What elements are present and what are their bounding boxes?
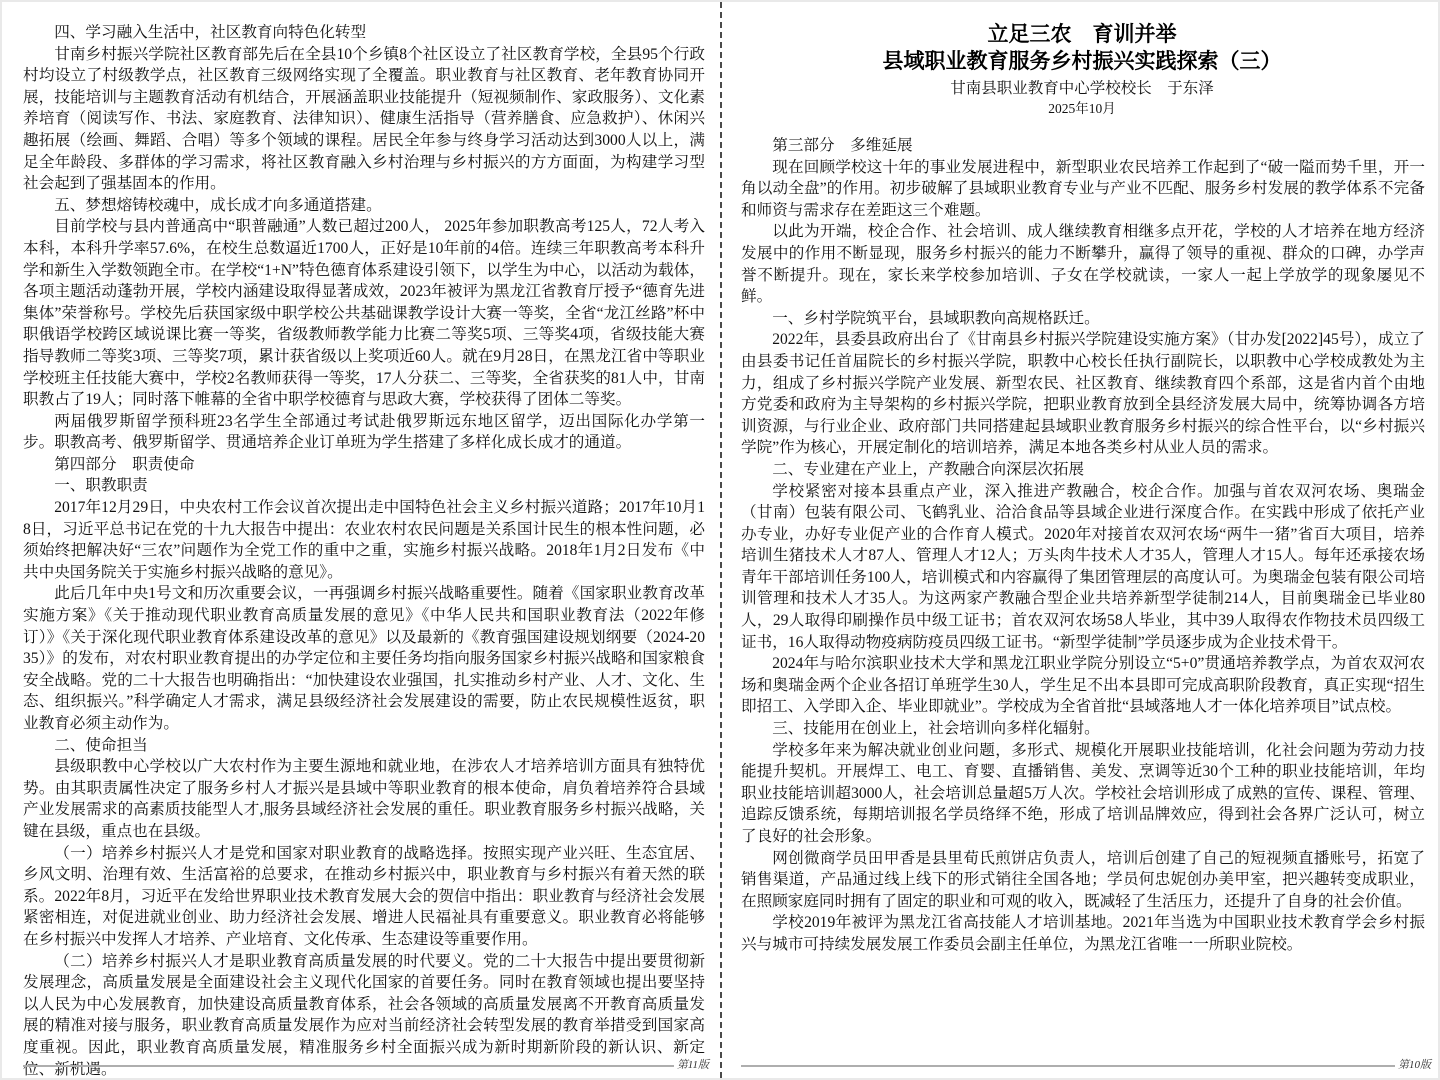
- paragraph: 学校多年来为解决就业创业问题，多形式、规模化开展职业技能培训，化社会问题为劳动力…: [741, 740, 1425, 848]
- paragraph: 网创微商学员田甲香是县里荀氏煎饼店负责人，培训后创建了自己的短视频直播账号，拓宽…: [741, 848, 1425, 913]
- left-page: 四、学习融入生活中，社区教育向特色化转型 甘南乡村振兴学院社区教育部先后在全县1…: [2, 2, 722, 1080]
- article-byline: 甘南县职业教育中心学校校长 于东泽: [722, 77, 1440, 100]
- left-page-number: 第11版: [674, 1056, 712, 1072]
- section-heading: 五、梦想熔铸校魂中，成长成才向多通道搭建。: [23, 195, 705, 217]
- paragraph: 以此为开端，校企合作、社会培训、成人继续教育相继多点开花，学校的人才培养在地方经…: [741, 221, 1425, 307]
- paragraph: 学校紧密对接本县重点产业，深入推进产教融合，校企合作。加强与首农双河农场、奥瑞金…: [741, 481, 1425, 654]
- part-heading: 第三部分 多维延展: [741, 135, 1425, 157]
- article-date: 2025年10月: [722, 100, 1440, 118]
- right-page-body: 第三部分 多维延展 现在回顾学校这十年的事业发展进程中，新型职业农民培养工作起到…: [722, 135, 1440, 956]
- article-title-block: 立足三农 育训并举 县域职业教育服务乡村振兴实践探索（三） 甘南县职业教育中心学…: [722, 2, 1440, 118]
- part-heading: 第四部分 职责使命: [23, 454, 705, 476]
- section-heading: 一、乡村学院筑平台，县域职教向高规格跃迁。: [741, 308, 1425, 330]
- paragraph: 两届俄罗斯留学预科班23名学生全部通过考试赴俄罗斯远东地区留学，迈出国际化办学第…: [23, 411, 705, 454]
- paragraph: 甘南乡村振兴学院社区教育部先后在全县10个乡镇8个社区设立了社区教育学校，全县9…: [23, 44, 705, 195]
- section-heading: 二、专业建在产业上，产教融合向深层次拓展: [741, 459, 1425, 481]
- paragraph: 2017年12月29日，中央农村工作会议首次提出走中国特色社会主义乡村振兴道路；…: [23, 497, 705, 583]
- paragraph: 2022年，县委县政府出台了《甘南县乡村振兴学院建设实施方案》（甘办发[2022…: [741, 329, 1425, 459]
- paragraph: （二）培养乡村振兴人才是职业教育高质量发展的时代要义。党的二十大报告中提出要贯彻…: [23, 951, 705, 1080]
- left-page-footer-rule: 第11版: [23, 1065, 708, 1067]
- article-title-line2: 县域职业教育服务乡村振兴实践探索（三）: [722, 48, 1440, 75]
- paragraph: 县级职教中心学校以广大农村作为主要生源地和就业地，在涉农人才培养培训方面具有独特…: [23, 756, 705, 842]
- section-heading: 四、学习融入生活中，社区教育向特色化转型: [23, 22, 705, 44]
- section-heading: 二、使命担当: [23, 735, 705, 757]
- right-page: 立足三农 育训并举 县域职业教育服务乡村振兴实践探索（三） 甘南县职业教育中心学…: [722, 2, 1440, 1080]
- paragraph: 目前学校与县内普通高中“职普融通”人数已超过200人， 2025年参加职教高考1…: [23, 216, 705, 410]
- right-page-number: 第10版: [1395, 1056, 1434, 1072]
- article-title-line1: 立足三农 育训并举: [722, 21, 1440, 48]
- paragraph: 此后几年中央1号文和历次重要会议，一再强调乡村振兴战略重要性。随着《国家职业教育…: [23, 583, 705, 734]
- paragraph: 学校2019年被评为黑龙江省高技能人才培训基地。2021年当选为中国职业技术教育…: [741, 912, 1425, 955]
- paragraph: （一）培养乡村振兴人才是党和国家对职业教育的战略选择。按照实现产业兴旺、生态宜居…: [23, 843, 705, 951]
- paragraph: 2024年与哈尔滨职业技术大学和黑龙江职业学院分别设立“5+0”贯通培养教学点，…: [741, 653, 1425, 718]
- document-spread: 四、学习融入生活中，社区教育向特色化转型 甘南乡村振兴学院社区教育部先后在全县1…: [0, 0, 1440, 1080]
- section-heading: 一、职教职责: [23, 475, 705, 497]
- left-page-body: 四、学习融入生活中，社区教育向特色化转型 甘南乡村振兴学院社区教育部先后在全县1…: [2, 2, 722, 1080]
- paragraph: 现在回顾学校这十年的事业发展进程中，新型职业农民培养工作起到了“破一隘而势千里，…: [741, 157, 1425, 222]
- section-heading: 三、技能用在创业上，社会培训向多样化辐射。: [741, 718, 1425, 740]
- right-page-footer-rule: 第10版: [741, 1065, 1430, 1067]
